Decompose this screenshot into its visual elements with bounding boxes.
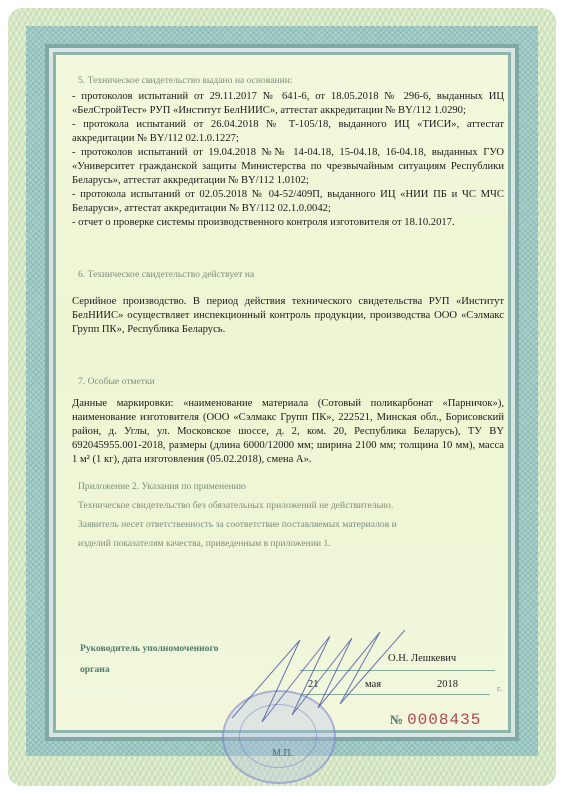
certificate-number: № 0008435 (390, 711, 481, 729)
signature-icon (0, 0, 564, 800)
serial-number: 0008435 (407, 711, 481, 729)
number-sign: № (390, 712, 403, 727)
